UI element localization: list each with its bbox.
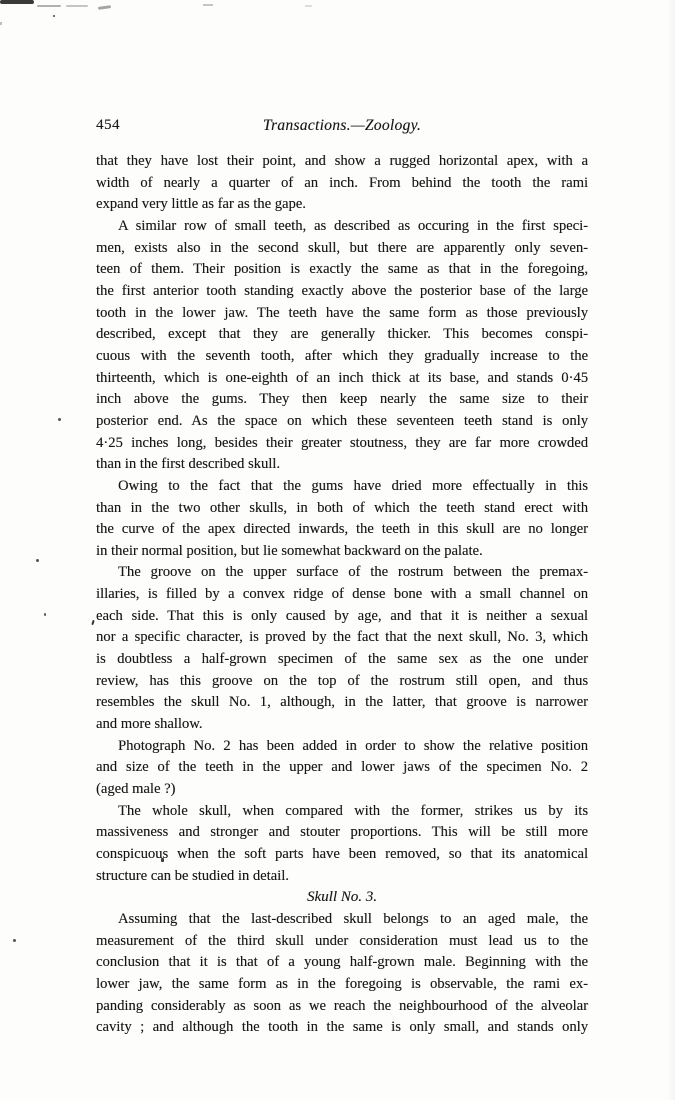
text-line: than in the two other skulls, in both of… (96, 498, 588, 520)
text-line: teen of them. Their position is exactly … (96, 259, 588, 281)
text-line: measurement of the third skull under con… (96, 931, 588, 953)
section-heading: Skull No. 3. (96, 887, 588, 909)
text-line: conspicuous when the soft parts have bee… (96, 844, 588, 866)
text-line: than in the first described skull. (96, 454, 588, 476)
text-line: structure can be studied in detail. (96, 866, 588, 888)
text-line: A similar row of small teeth, as describ… (96, 216, 588, 238)
text-line: The whole skull, when compared with the … (96, 801, 588, 823)
text-line: conclusion that it is that of a young ha… (96, 952, 588, 974)
text-line: resembles the skull No. 1, although, in … (96, 692, 588, 714)
running-head: 454 Transactions.—Zoology. (96, 117, 588, 137)
scan-artifact (0, 22, 2, 25)
paragraph: The whole skull, when compared with the … (96, 801, 588, 888)
text-line: each side. That this is only caused by a… (96, 606, 588, 628)
paragraph: The groove on the upper surface of the r… (96, 562, 588, 735)
text-line: described, except that they are generall… (96, 324, 588, 346)
scan-artifact (58, 418, 61, 421)
scan-artifact (0, 0, 34, 4)
text-line: Photograph No. 2 has been added in order… (96, 736, 588, 758)
text-line: Assuming that the last-described skull b… (96, 909, 588, 931)
scan-artifact (305, 5, 312, 7)
scan-artifact (36, 559, 39, 562)
scanned-book-page: 454 Transactions.—Zoology. that they hav… (0, 0, 675, 1100)
scan-artifact (203, 4, 213, 6)
text-line: expand very little as far as the gape. (96, 194, 588, 216)
text-line: the curve of the apex directed inwards, … (96, 519, 588, 541)
text-body: that they have lost their point, and sho… (96, 151, 588, 1039)
text-line: in their normal position, but lie somewh… (96, 541, 588, 563)
text-line: posterior end. As the space on which the… (96, 411, 588, 433)
running-title: Transactions.—Zoology. (96, 117, 588, 135)
paragraph: Owing to the fact that the gums have dri… (96, 476, 588, 563)
text-line: and size of the teeth in the upper and l… (96, 757, 588, 779)
text-line: men, exists also in the second skull, bu… (96, 238, 588, 260)
scan-gutter-shading (667, 0, 675, 1100)
text-line: cuous with the seventh tooth, after whic… (96, 346, 588, 368)
paragraph: Assuming that the last-described skull b… (96, 909, 588, 1039)
paragraph: that they have lost their point, and sho… (96, 151, 588, 216)
text-line: cavity ; and although the tooth in the s… (96, 1017, 588, 1039)
text-line: massiveness and stronger and stouter pro… (96, 822, 588, 844)
text-line: nor a specific character, is proved by t… (96, 627, 588, 649)
text-line: The groove on the upper surface of the r… (96, 562, 588, 584)
scan-artifact (98, 5, 111, 10)
scan-artifact (37, 5, 61, 7)
text-line: review, has this groove on the top of th… (96, 671, 588, 693)
text-line: inch above the gums. They then keep near… (96, 389, 588, 411)
text-line: thirteenth, which is one-eighth of an in… (96, 368, 588, 390)
text-line: tooth in the lower jaw. The teeth have t… (96, 303, 588, 325)
scan-artifact (91, 620, 94, 625)
text-line: that they have lost their point, and sho… (96, 151, 588, 173)
text-line: is doubtless a half-grown specimen of th… (96, 649, 588, 671)
text-line: the first anterior tooth standing exactl… (96, 281, 588, 303)
text-line: lower jaw, the same form as in the foreg… (96, 974, 588, 996)
scan-artifact (66, 5, 88, 7)
scan-artifact (13, 939, 16, 942)
scan-artifact (44, 613, 46, 616)
text-line: Owing to the fact that the gums have dri… (96, 476, 588, 498)
paragraph: Photograph No. 2 has been added in order… (96, 736, 588, 801)
scan-artifact (53, 15, 55, 17)
text-line: (aged male ?) (96, 779, 588, 801)
text-line: width of nearly a quarter of an inch. Fr… (96, 173, 588, 195)
text-line: 4·25 inches long, besides their greater … (96, 433, 588, 455)
text-line: and more shallow. (96, 714, 588, 736)
paragraph: A similar row of small teeth, as describ… (96, 216, 588, 476)
text-line: illaries, is filled by a convex ridge of… (96, 584, 588, 606)
text-line: panding considerably as soon as we reach… (96, 996, 588, 1018)
